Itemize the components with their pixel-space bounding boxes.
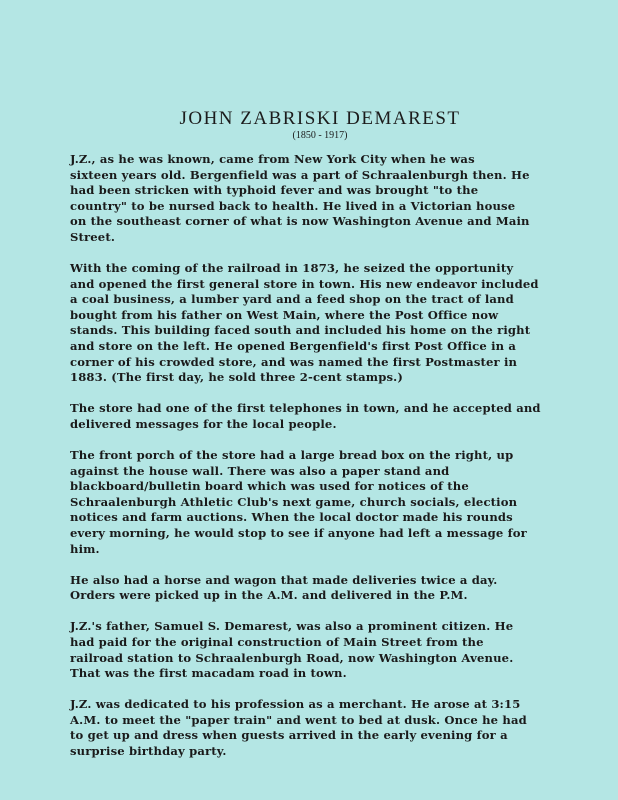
life-dates: (1850 - 1917) bbox=[70, 130, 570, 141]
text-line: Schraalenburgh Athletic Club's next game… bbox=[70, 495, 590, 511]
text-line: bought from his father on West Main, whe… bbox=[70, 308, 590, 324]
text-line: Orders were picked up in the A.M. and de… bbox=[70, 588, 590, 604]
text-line: With the coming of the railroad in 1873,… bbox=[70, 261, 590, 277]
text-line: had paid for the original construction o… bbox=[70, 635, 590, 651]
text-line: Street. bbox=[70, 230, 590, 246]
text-line: The front porch of the store had a large… bbox=[70, 448, 590, 464]
text-line: and store on the left. He opened Bergenf… bbox=[70, 339, 590, 355]
text-line: J.Z.'s father, Samuel S. Demarest, was a… bbox=[70, 619, 590, 635]
paragraph-deliveries: He also had a horse and wagon that made … bbox=[70, 573, 590, 604]
text-line: That was the first macadam road in town. bbox=[70, 666, 590, 682]
text-line: J.Z. was dedicated to his profession as … bbox=[70, 697, 590, 713]
text-line: had been stricken with typhoid fever and… bbox=[70, 183, 590, 199]
text-line: stands. This building faced south and in… bbox=[70, 323, 590, 339]
text-line: country" to be nursed back to health. He… bbox=[70, 199, 590, 215]
paragraph-general-store: With the coming of the railroad in 1873,… bbox=[70, 261, 590, 386]
text-line: notices and farm auctions. When the loca… bbox=[70, 510, 590, 526]
text-line: on the southeast corner of what is now W… bbox=[70, 214, 590, 230]
document-body: J.Z., as he was known, came from New Yor… bbox=[70, 152, 590, 775]
text-line: 1883. (The first day, he sold three 2-ce… bbox=[70, 370, 590, 386]
paragraph-father: J.Z.'s father, Samuel S. Demarest, was a… bbox=[70, 619, 590, 681]
text-line: delivered messages for the local people. bbox=[70, 417, 590, 433]
paragraph-telephone: The store had one of the first telephone… bbox=[70, 401, 590, 432]
text-line: every morning, he would stop to see if a… bbox=[70, 526, 590, 542]
text-line: He also had a horse and wagon that made … bbox=[70, 573, 590, 589]
document-title: JOHN ZABRISKI DEMAREST bbox=[70, 108, 570, 130]
paragraph-early-life: J.Z., as he was known, came from New Yor… bbox=[70, 152, 590, 246]
paragraph-front-porch: The front porch of the store had a large… bbox=[70, 448, 590, 557]
text-line: railroad station to Schraalenburgh Road,… bbox=[70, 651, 590, 667]
text-line: corner of his crowded store, and was nam… bbox=[70, 355, 590, 371]
text-line: against the house wall. There was also a… bbox=[70, 464, 590, 480]
text-line: blackboard/bulletin board which was used… bbox=[70, 479, 590, 495]
text-line: sixteen years old. Bergenfield was a par… bbox=[70, 168, 590, 184]
text-line: him. bbox=[70, 542, 590, 558]
text-line: a coal business, a lumber yard and a fee… bbox=[70, 292, 590, 308]
text-line: J.Z., as he was known, came from New Yor… bbox=[70, 152, 590, 168]
text-line: The store had one of the first telephone… bbox=[70, 401, 590, 417]
text-line: to get up and dress when guests arrived … bbox=[70, 728, 590, 744]
text-line: and opened the first general store in to… bbox=[70, 277, 590, 293]
text-line: A.M. to meet the "paper train" and went … bbox=[70, 713, 590, 729]
paragraph-dedication: J.Z. was dedicated to his profession as … bbox=[70, 697, 590, 759]
text-line: surprise birthday party. bbox=[70, 744, 590, 760]
